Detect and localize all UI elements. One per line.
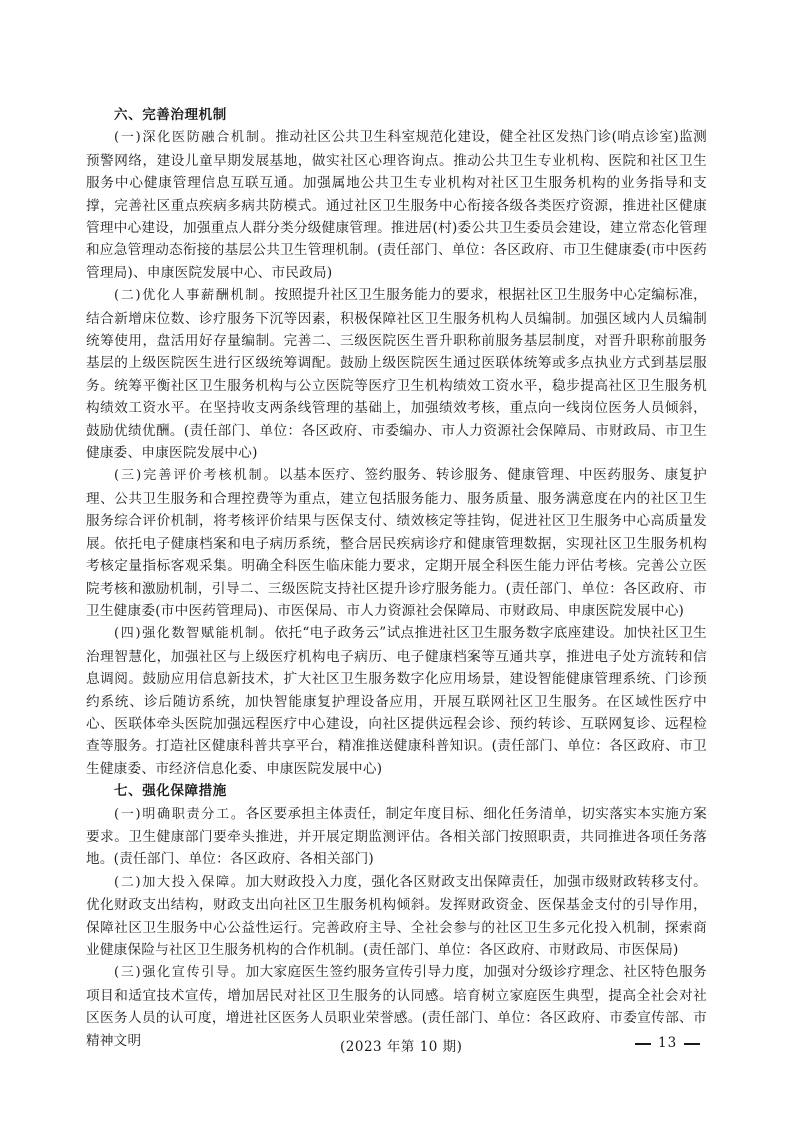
paragraph: (二)加大投入保障。加大财政投入力度，强化各区财政支出保障责任，加强市级财政转移… <box>86 871 707 962</box>
paragraph-text: 推动社区公共卫生科室规范化建设，健全社区发热门诊(哨点诊室)监测预警网络，建设儿… <box>86 129 707 280</box>
paragraph-text: 按照提升社区卫生服务能力的要求，根据社区卫生服务中心定编标准，结合新增床位数、诊… <box>86 287 707 461</box>
section-governance: 六、完善治理机制 (一)深化医防融合机制。推动社区公共卫生科室规范化建设，健全社… <box>86 104 707 780</box>
dash-right <box>684 1043 700 1045</box>
paragraph: (四)强化数智赋能机制。依托“电子政务云”试点推进社区卫生服务数字底座建设。加快… <box>86 622 707 780</box>
paragraph-text: 依托“电子政务云”试点推进社区卫生服务数字底座建设。加快社区卫生治理智慧化，加强… <box>86 625 707 776</box>
paragraph: (二)优化人事薪酬机制。按照提升社区卫生服务能力的要求，根据社区卫生服务中心定编… <box>86 284 707 464</box>
paragraph-lead: (二)加大投入保障。 <box>114 875 246 890</box>
paragraph: (一)明确职责分工。各区要承担主体责任，制定年度目标、细化任务清单，切实落实本实… <box>86 803 707 871</box>
page-number: 13 <box>658 1035 677 1051</box>
section-safeguards: 七、强化保障措施 (一)明确职责分工。各区要承担主体责任，制定年度目标、细化任务… <box>86 780 707 1052</box>
paragraph-lead: (三)强化宣传引导。 <box>114 965 246 980</box>
dash-left <box>635 1043 651 1045</box>
paragraph: (一)深化医防融合机制。推动社区公共卫生科室规范化建设，健全社区发热门诊(哨点诊… <box>86 126 707 284</box>
page-number-block: 13 <box>628 1035 707 1051</box>
page-footer: (2023 年第 10 期) 13 <box>0 1035 793 1057</box>
paragraph-lead: (一)深化医防融合机制。 <box>114 130 275 145</box>
paragraph: (三)完善评价考核机制。以基本医疗、签约服务、转诊服务、健康管理、中医药服务、康… <box>86 464 707 622</box>
section-heading: 七、强化保障措施 <box>86 780 707 802</box>
document-body: 六、完善治理机制 (一)深化医防融合机制。推动社区公共卫生科室规范化建设，健全社… <box>86 104 707 1052</box>
paragraph-text: 以基本医疗、签约服务、转诊服务、健康管理、中医药服务、康复护理、公共卫生服务和合… <box>86 467 707 618</box>
paragraph-lead: (二)优化人事薪酬机制。 <box>114 288 275 303</box>
section-heading: 六、完善治理机制 <box>86 104 707 126</box>
paragraph-lead: (三)完善评价考核机制。 <box>114 468 279 483</box>
issue-label: (2023 年第 10 期) <box>340 1035 462 1055</box>
paragraph-lead: (一)明确职责分工。 <box>114 807 246 822</box>
paragraph-lead: (四)强化数智赋能机制。 <box>114 626 274 641</box>
